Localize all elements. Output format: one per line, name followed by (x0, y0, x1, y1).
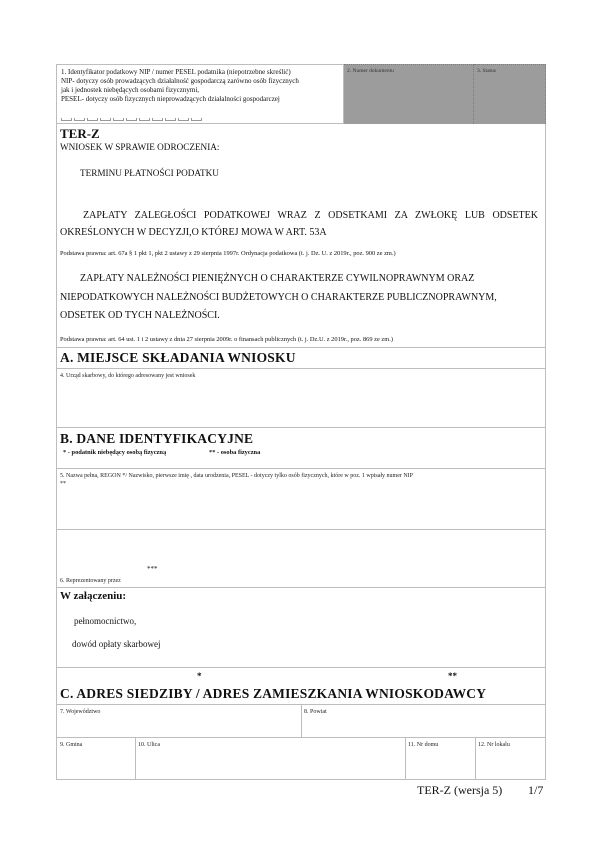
section-c-header: * ** C. ADRES SIEDZIBY / ADRES ZAMIESZKA… (56, 668, 546, 704)
attachment-item-stamp-duty-proof[interactable]: dowód opłaty skarbowej (72, 639, 160, 649)
form-version: TER-Z (wersja 5) (417, 783, 502, 798)
option-tax-arrears-line-1: ZAPŁATY ZALEGŁOŚCI PODATKOWEJ WRAZ Z ODS… (60, 210, 538, 221)
legend-double-star: ** - osoba fizyczna (209, 449, 260, 456)
nip-digit-box[interactable] (165, 118, 176, 121)
nip-digit-box[interactable] (100, 118, 111, 121)
page-number: 1/7 (528, 783, 543, 798)
field-3-label: 3. Status (477, 68, 542, 74)
field-1-label: 1. Identyfikator podatkowy NIP / numer P… (61, 68, 339, 77)
legal-basis-2: Podstawa prawna: art. 64 ust. 1 i 2 usta… (60, 336, 393, 343)
address-row-2: 9. Gmina 10. Ulica 11. Nr domu 12. Nr lo… (56, 738, 546, 779)
attachment-item-power-of-attorney[interactable]: pełnomocnictwo, (74, 616, 136, 626)
address-row-1: 7. Województwo 8. Powiat (56, 705, 546, 737)
field-11-house-number[interactable]: 11. Nr domu (406, 738, 475, 779)
field-4-tax-office[interactable]: 4. Urząd skarbowy, do którego adresowany… (56, 369, 546, 427)
legend-single-star: * - podatnik niebędący osobą fizyczną (63, 449, 166, 456)
option-civil-receivables[interactable]: ZAPŁATY NALEŻNOŚCI PIENIĘŻNYCH O CHARAKT… (60, 273, 538, 321)
legal-basis-1: Podstawa prawna: art. 67a § 1 pkt 1, pkt… (60, 250, 396, 257)
nip-digit-boxes[interactable] (61, 118, 202, 121)
field-3-status: 3. Status (474, 64, 546, 124)
field-9-label: 9. Gmina (60, 741, 82, 749)
marker-single-star: * (197, 671, 202, 681)
field-9-municipality[interactable]: 9. Gmina (57, 738, 135, 779)
section-c-title: C. ADRES SIEDZIBY / ADRES ZAMIESZKANIA W… (60, 686, 486, 702)
nip-digit-box[interactable] (139, 118, 150, 121)
intro-block: TER-Z WNIOSEK W SPRAWIE ODROCZENIA: TERM… (56, 124, 546, 348)
attachments-title: W załączeniu: (60, 590, 126, 602)
field-1-taxpayer-id[interactable]: 1. Identyfikator podatkowy NIP / numer P… (56, 64, 344, 124)
field-7-label: 7. Województwo (60, 708, 100, 716)
triple-star-marker: *** (147, 565, 158, 573)
option-tax-arrears-line-2: OKREŚLONYCH W DECYZJI,O KTÓREJ MOWA W AR… (60, 227, 538, 238)
field-10-label: 10. Ulica (138, 741, 160, 749)
nip-digit-box[interactable] (152, 118, 163, 121)
field-4-label: 4. Urząd skarbowy, do którego adresowany… (60, 372, 195, 380)
field-8-label: 8. Powiat (304, 708, 327, 716)
field-12-label: 12. Nr lokalu (478, 741, 510, 749)
field-1-note-nip: NIP- dotyczy osób prowadzących działalno… (61, 77, 339, 86)
marker-double-star: ** (448, 671, 457, 681)
nip-digit-box[interactable] (113, 118, 124, 121)
field-2-document-number: 2. Numer dokumentu (344, 64, 474, 124)
option-civil-line-1: ZAPŁATY NALEŻNOŚCI PIENIĘŻNYCH O CHARAKT… (60, 273, 538, 284)
field-8-county[interactable]: 8. Powiat (302, 705, 546, 737)
field-6-represented-by[interactable]: *** 6. Reprezentowany przez (56, 530, 546, 587)
section-a-title: A. MIEJSCE SKŁADANIA WNIOSKU (60, 350, 296, 366)
nip-digit-box[interactable] (61, 118, 72, 121)
form-subtitle: WNIOSEK W SPRAWIE ODROCZENIA: (60, 142, 219, 152)
field-1-note-nip-2: jak i jednostek niebędących osobami fizy… (61, 86, 339, 95)
nip-digit-box[interactable] (191, 118, 202, 121)
field-10-street[interactable]: 10. Ulica (136, 738, 405, 779)
option-civil-line-2: NIEPODATKOWYCH NALEŻNOŚCI BUDŻETOWYCH O … (60, 292, 538, 303)
field-5-marker: ** (60, 480, 66, 488)
field-7-voivodeship[interactable]: 7. Województwo (57, 705, 301, 737)
field-1-note-pesel: PESEL- dotyczy osób fizycznych nieprowad… (61, 95, 339, 104)
nip-digit-box[interactable] (126, 118, 137, 121)
field-5-name-regon[interactable]: 5. Nazwa pełna, REGON */ Nazwisko, pierw… (56, 469, 546, 529)
field-2-label: 2. Numer dokumentu (347, 68, 470, 74)
field-6-label: 6. Reprezentowany przez (60, 577, 121, 585)
section-a-header: A. MIEJSCE SKŁADANIA WNIOSKU (56, 348, 546, 368)
section-b-title: B. DANE IDENTYFIKACYJNE (60, 431, 253, 447)
form-code: TER-Z (60, 126, 100, 142)
nip-digit-box[interactable] (74, 118, 85, 121)
option-civil-line-3: ODSETEK OD TYCH NALEŻNOŚCI. (60, 310, 538, 321)
divider (56, 779, 546, 780)
section-b-header: B. DANE IDENTYFIKACYJNE * - podatnik nie… (56, 428, 546, 468)
option-tax-payment-deadline[interactable]: TERMINU PŁATNOŚCI PODATKU (80, 168, 219, 178)
nip-digit-box[interactable] (87, 118, 98, 121)
option-tax-arrears[interactable]: ZAPŁATY ZALEGŁOŚCI PODATKOWEJ WRAZ Z ODS… (60, 210, 538, 238)
attachments-block: W załączeniu: pełnomocnictwo, dowód opła… (56, 588, 546, 667)
nip-digit-box[interactable] (178, 118, 189, 121)
field-12-apartment-number[interactable]: 12. Nr lokalu (476, 738, 546, 779)
field-5-label: 5. Nazwa pełna, REGON */ Nazwisko, pierw… (60, 472, 413, 480)
field-11-label: 11. Nr domu (408, 741, 438, 749)
